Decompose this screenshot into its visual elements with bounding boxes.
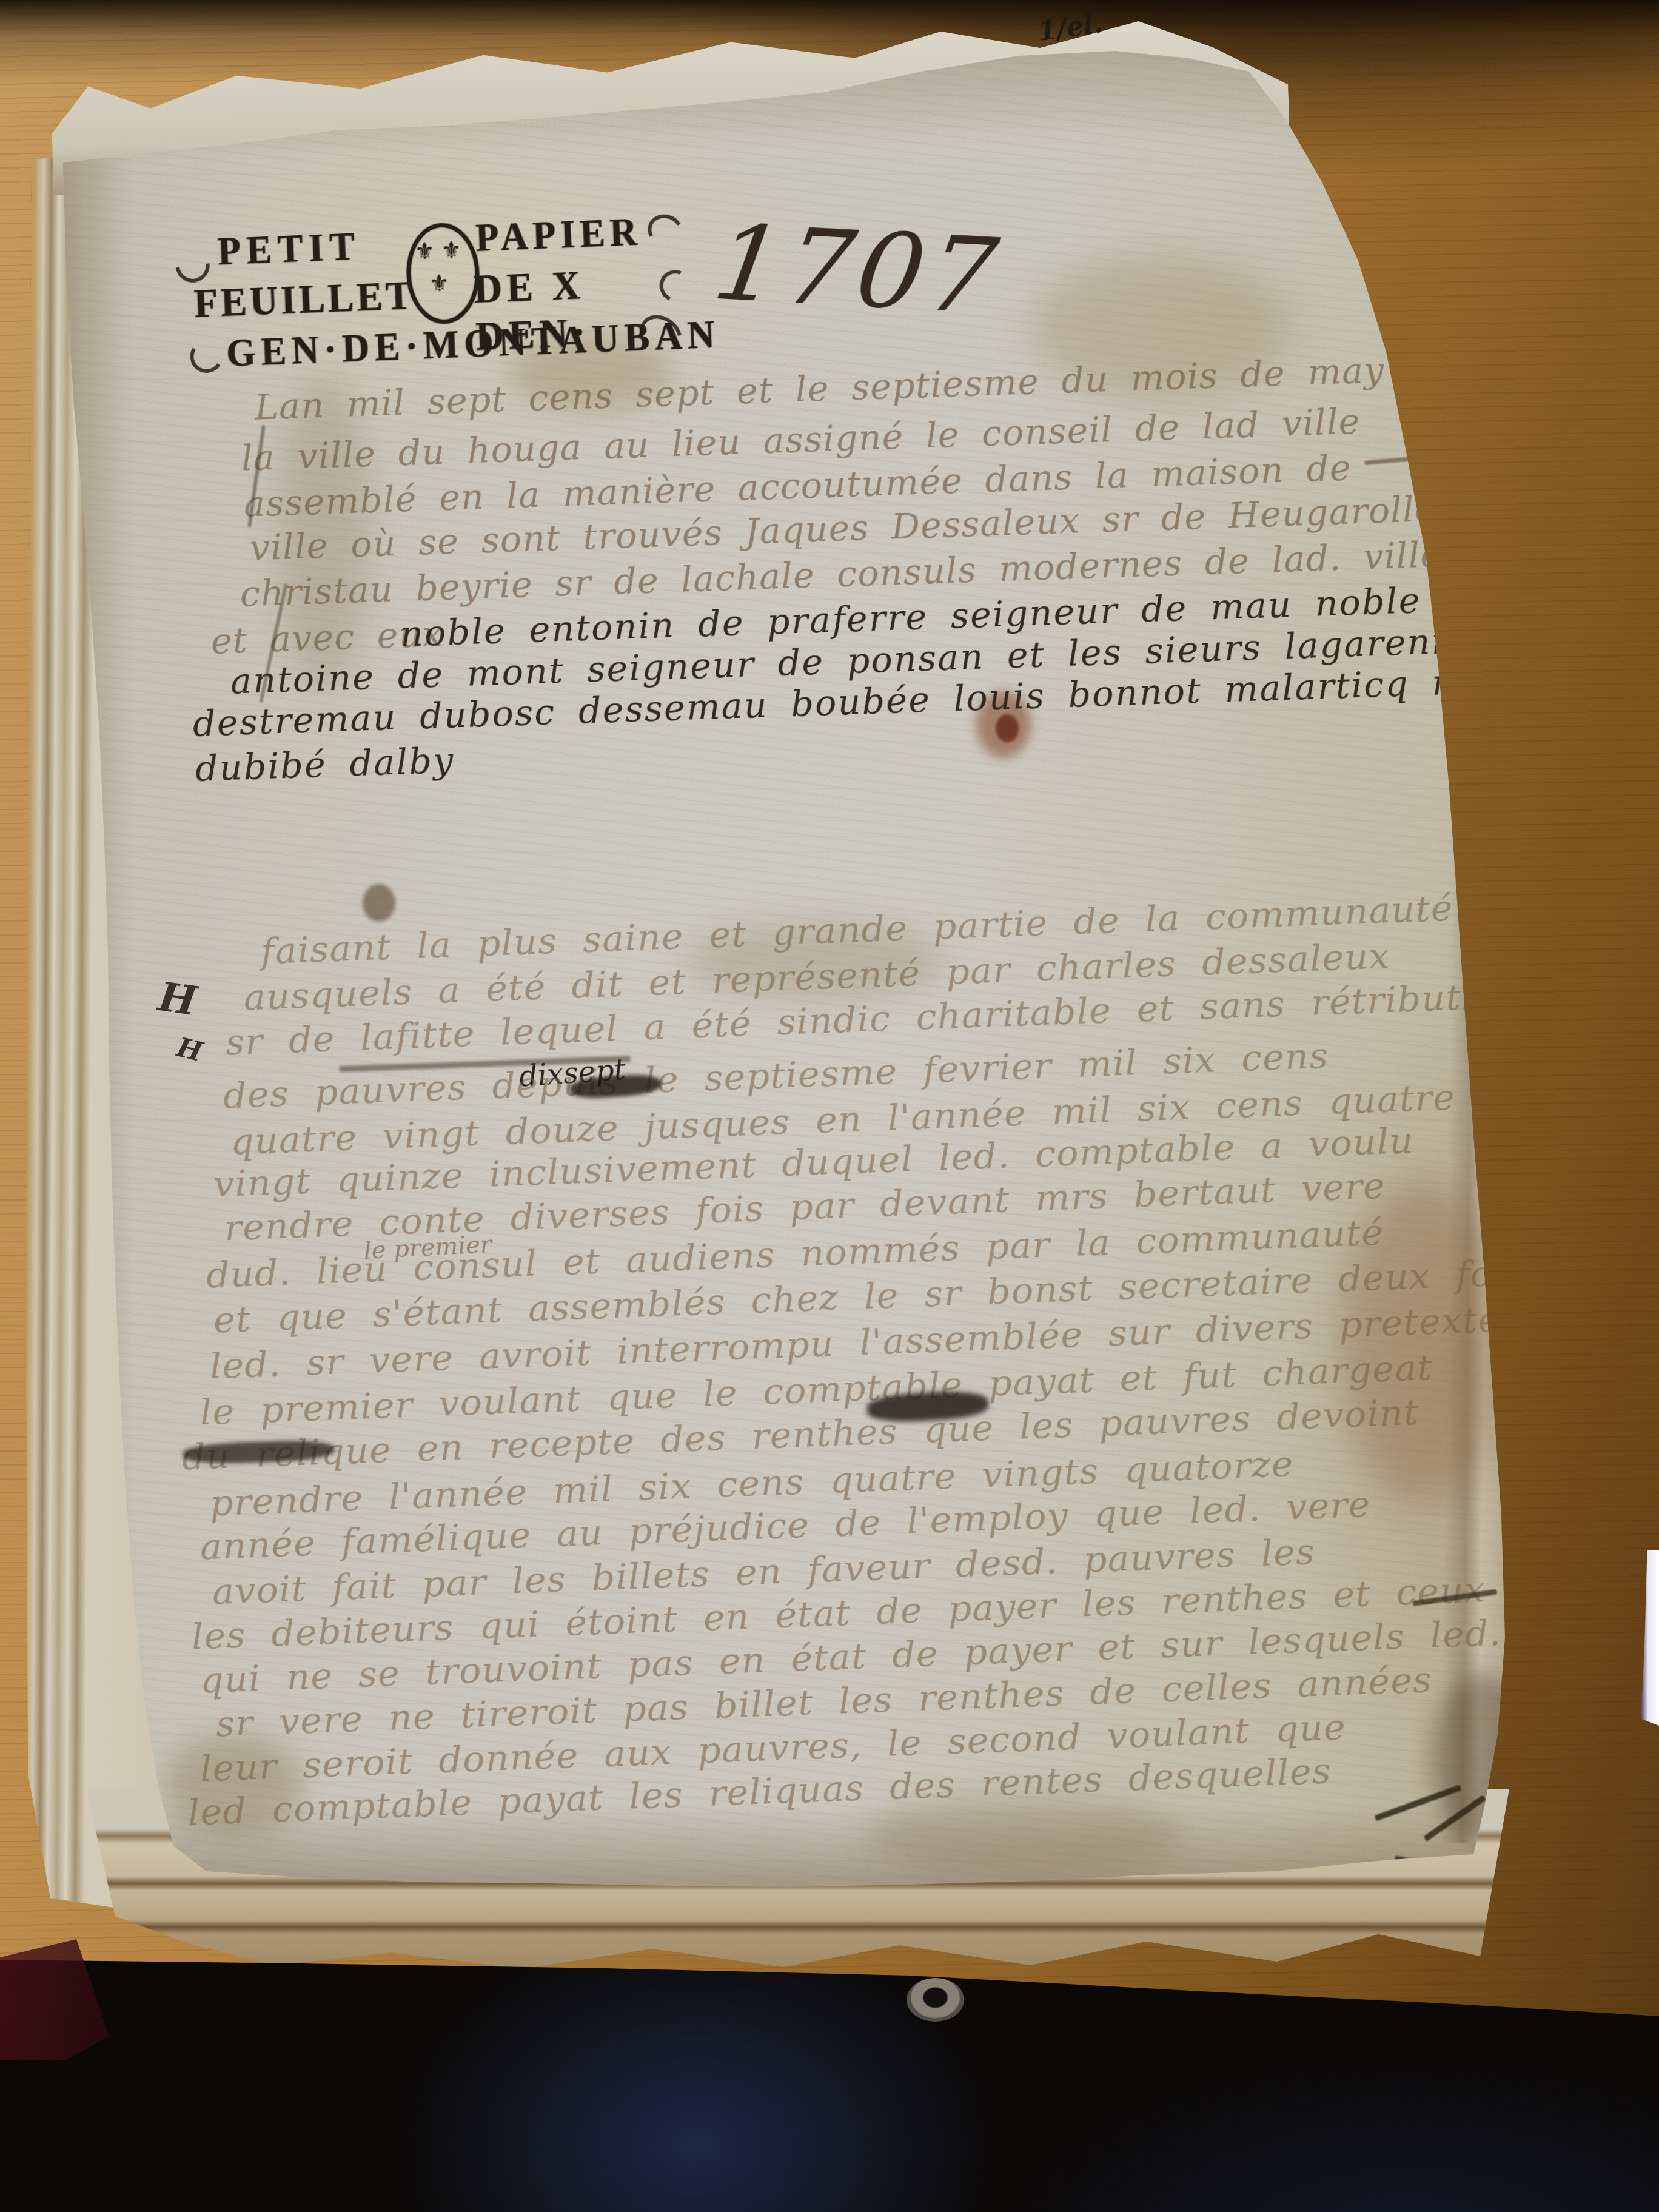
small-stain (363, 884, 395, 922)
photo-of-1707-manuscript: PETIT PAPIER FEUILLET DE X DEN· GEN·DE·M… (0, 0, 1659, 2212)
stamp-ornament-curl (643, 210, 686, 250)
fleur-de-lis-icon: ⚜ (414, 238, 435, 265)
stamp-word-petit: PETIT (216, 224, 361, 275)
metal-grommet (907, 1978, 964, 2022)
manuscript-line: dubibé dalby (195, 740, 455, 790)
fleur-de-lis-icon: ⚜ (441, 237, 461, 264)
stamp-word-feuillet: FEUILLET (193, 272, 415, 327)
ink-stain-core (996, 714, 1019, 742)
stamp-word-papier: PAPIER (475, 209, 643, 261)
fleur-de-lis-icon: ⚜ (429, 270, 449, 297)
handwritten-year: 1707 (706, 201, 1010, 337)
stamp-crest-oval: ⚜ ⚜ ⚜ (404, 222, 481, 325)
petit-papier-tax-stamp: PETIT PAPIER FEUILLET DE X DEN· GEN·DE·M… (191, 209, 694, 385)
margin-mark-h: H (156, 973, 200, 1025)
